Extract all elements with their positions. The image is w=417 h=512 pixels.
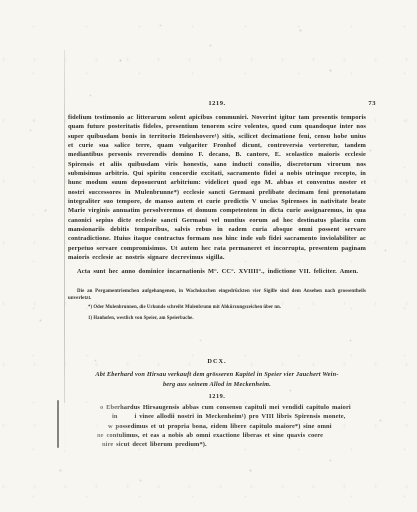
paper-speckles <box>0 0 1 1</box>
page-fold-line <box>64 50 65 452</box>
charter-dating-clause: Acta sunt hec anno dominice incarnationi… <box>68 267 366 276</box>
charter-dcx-body: o Eberhardus Hirsaugensis abbas cum cons… <box>68 403 366 449</box>
footnotes: *) Oder Mulenbrunnen, die Urkunde schrei… <box>88 305 360 327</box>
charter-dcx-body-line: ne contulimus, et eas a nobis ab omni ex… <box>68 431 366 440</box>
charter-regest: Abt Eberhard von Hirsau verkauft dem grö… <box>68 370 366 389</box>
charter-dcx-body-line: o Eberhardus Hirsaugensis abbas cum cons… <box>68 403 366 412</box>
scanned-book-page: 1219. 73 fidelium testimonio ac litterar… <box>0 0 417 512</box>
regest-line: Abt Eberhard von Hirsau verkauft dem grö… <box>68 370 366 380</box>
charter-number-heading: DCX. <box>68 358 366 365</box>
page-number: 73 <box>368 100 376 107</box>
seal-note: Die an Pergamentriemchen aufgehangenen, … <box>68 288 366 302</box>
binding-edge-mark <box>57 400 59 448</box>
charter-body-text: fidelium testimonio ac litterarum solent… <box>68 113 366 263</box>
footnote-mulenbrunnen: *) Oder Mulenbrunnen, die Urkunde schrei… <box>88 305 360 311</box>
charter-date-heading: 1219. <box>68 393 366 400</box>
charter-dcx-body-line: in i vinee allodii nostri in Meckenheim¹… <box>68 412 366 421</box>
running-header: 1219. 73 <box>68 100 366 110</box>
running-header-date: 1219. <box>68 100 366 107</box>
footnote-hanhofen: 1) Hanhofen, westlich von Speier, am Spe… <box>88 316 360 322</box>
regest-line: berg aus seinem Allod in Meckenheim. <box>68 380 366 390</box>
charter-dcx-body-line: nire sicut decet liberum predium*). <box>68 440 366 449</box>
charter-dcx-body-line: w possedimus et ut propria bona, eidem l… <box>68 422 366 431</box>
